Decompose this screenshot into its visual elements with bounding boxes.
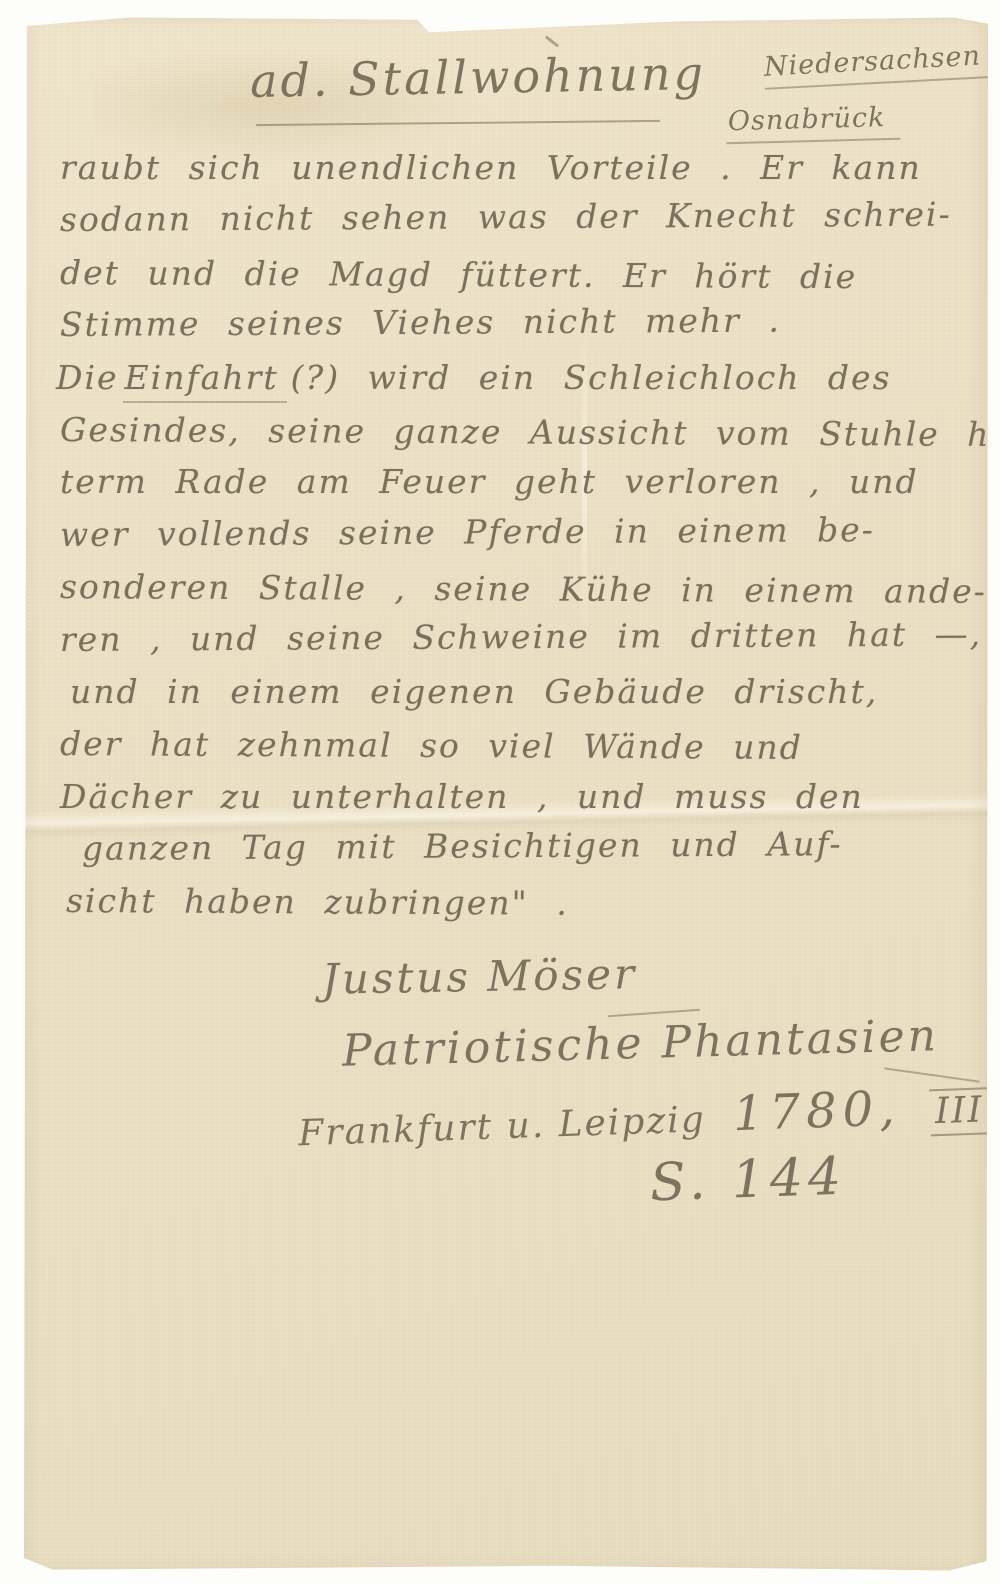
- handwritten-line: DieEinfahrt(?) wird ein Schleichloch des: [56, 358, 982, 410]
- volume-numeral: III: [929, 1087, 989, 1136]
- handwritten-line: der hat zehnmal so viel Wände und: [60, 724, 982, 781]
- handwritten-line: raubt sich unendlichen Vorteile . Er kan…: [60, 148, 982, 200]
- line-text: und in einem eigenen Gebäude drischt,: [70, 672, 878, 711]
- author-signature: Justus Möser: [322, 949, 638, 1003]
- handwritten-line: Dächer zu unterhalten , und muss den: [60, 777, 982, 829]
- handwritten-line: term Rade am Feuer geht verloren , und: [60, 462, 982, 514]
- paper-sheet: ad. Stallwohnung Niedersachsen Osnabrück…: [24, 12, 988, 1572]
- line-text: raubt sich unendlichen Vorteile . Er kan…: [60, 148, 922, 187]
- line-text: (?) wird ein Schleichloch des: [291, 358, 892, 397]
- note-body: raubt sich unendlichen Vorteile . Er kan…: [60, 148, 982, 934]
- line-text: wer vollends seine Pferde in einem be-: [60, 510, 875, 554]
- line-text: Dächer zu unterhalten , und muss den: [60, 777, 864, 816]
- work-title: Patriotische Phantasien: [341, 1010, 939, 1077]
- region-annotation: Niedersachsen: [763, 40, 988, 90]
- handwritten-line: wer vollends seine Pferde in einem be-: [60, 509, 982, 567]
- handwritten-line: Stimme seines Viehes nicht mehr .: [60, 300, 982, 358]
- pencil-tick-mark: [545, 35, 559, 47]
- publisher-text: Frankfurt u. Leipzig: [298, 1099, 707, 1154]
- page-title: ad. Stallwohnung: [250, 46, 707, 108]
- line-text: der hat zehnmal so viel Wände und: [60, 724, 803, 767]
- handwritten-line: ren , und seine Schweine im dritten hat …: [60, 614, 982, 672]
- handwritten-line: sicht haben zubringen" .: [60, 881, 982, 938]
- underlined-word: Einfahrt: [123, 358, 287, 403]
- line-text: term Rade am Feuer geht verloren , und: [60, 462, 919, 501]
- line-text: ganzen Tag mit Besichtigen und Auf-: [82, 824, 843, 868]
- line-text: det und die Magd füttert. Er hört die: [60, 253, 857, 296]
- handwritten-line: Gesindes, seine ganze Aussicht vom Stuhl…: [60, 410, 982, 467]
- line-text: ren , und seine Schweine im dritten hat …: [60, 614, 982, 659]
- line-text: Die: [56, 358, 119, 397]
- page-reference: S. 144: [649, 1147, 847, 1214]
- line-text: sodann nicht sehen was der Knecht schrei…: [60, 195, 952, 239]
- publication-line: Frankfurt u. Leipzig 1780, III Teil: [297, 1075, 1000, 1158]
- city-annotation: Osnabrück: [726, 102, 900, 145]
- line-text: sonderen Stalle , seine Kühe in einem an…: [60, 567, 987, 611]
- handwritten-line: ganzen Tag mit Besichtigen und Auf-: [60, 823, 982, 881]
- line-text: Gesindes, seine ganze Aussicht vom Stuhl…: [60, 410, 1000, 454]
- handwritten-line: und in einem eigenen Gebäude drischt,: [60, 672, 982, 724]
- publication-year: 1780,: [732, 1080, 901, 1142]
- line-text: sicht haben zubringen" .: [66, 882, 569, 924]
- line-text: Stimme seines Viehes nicht mehr .: [60, 301, 781, 344]
- scan-background: { "page": { "header": { "title": "ad. St…: [0, 0, 1000, 1584]
- handwritten-line: sodann nicht sehen was der Knecht schrei…: [60, 195, 982, 253]
